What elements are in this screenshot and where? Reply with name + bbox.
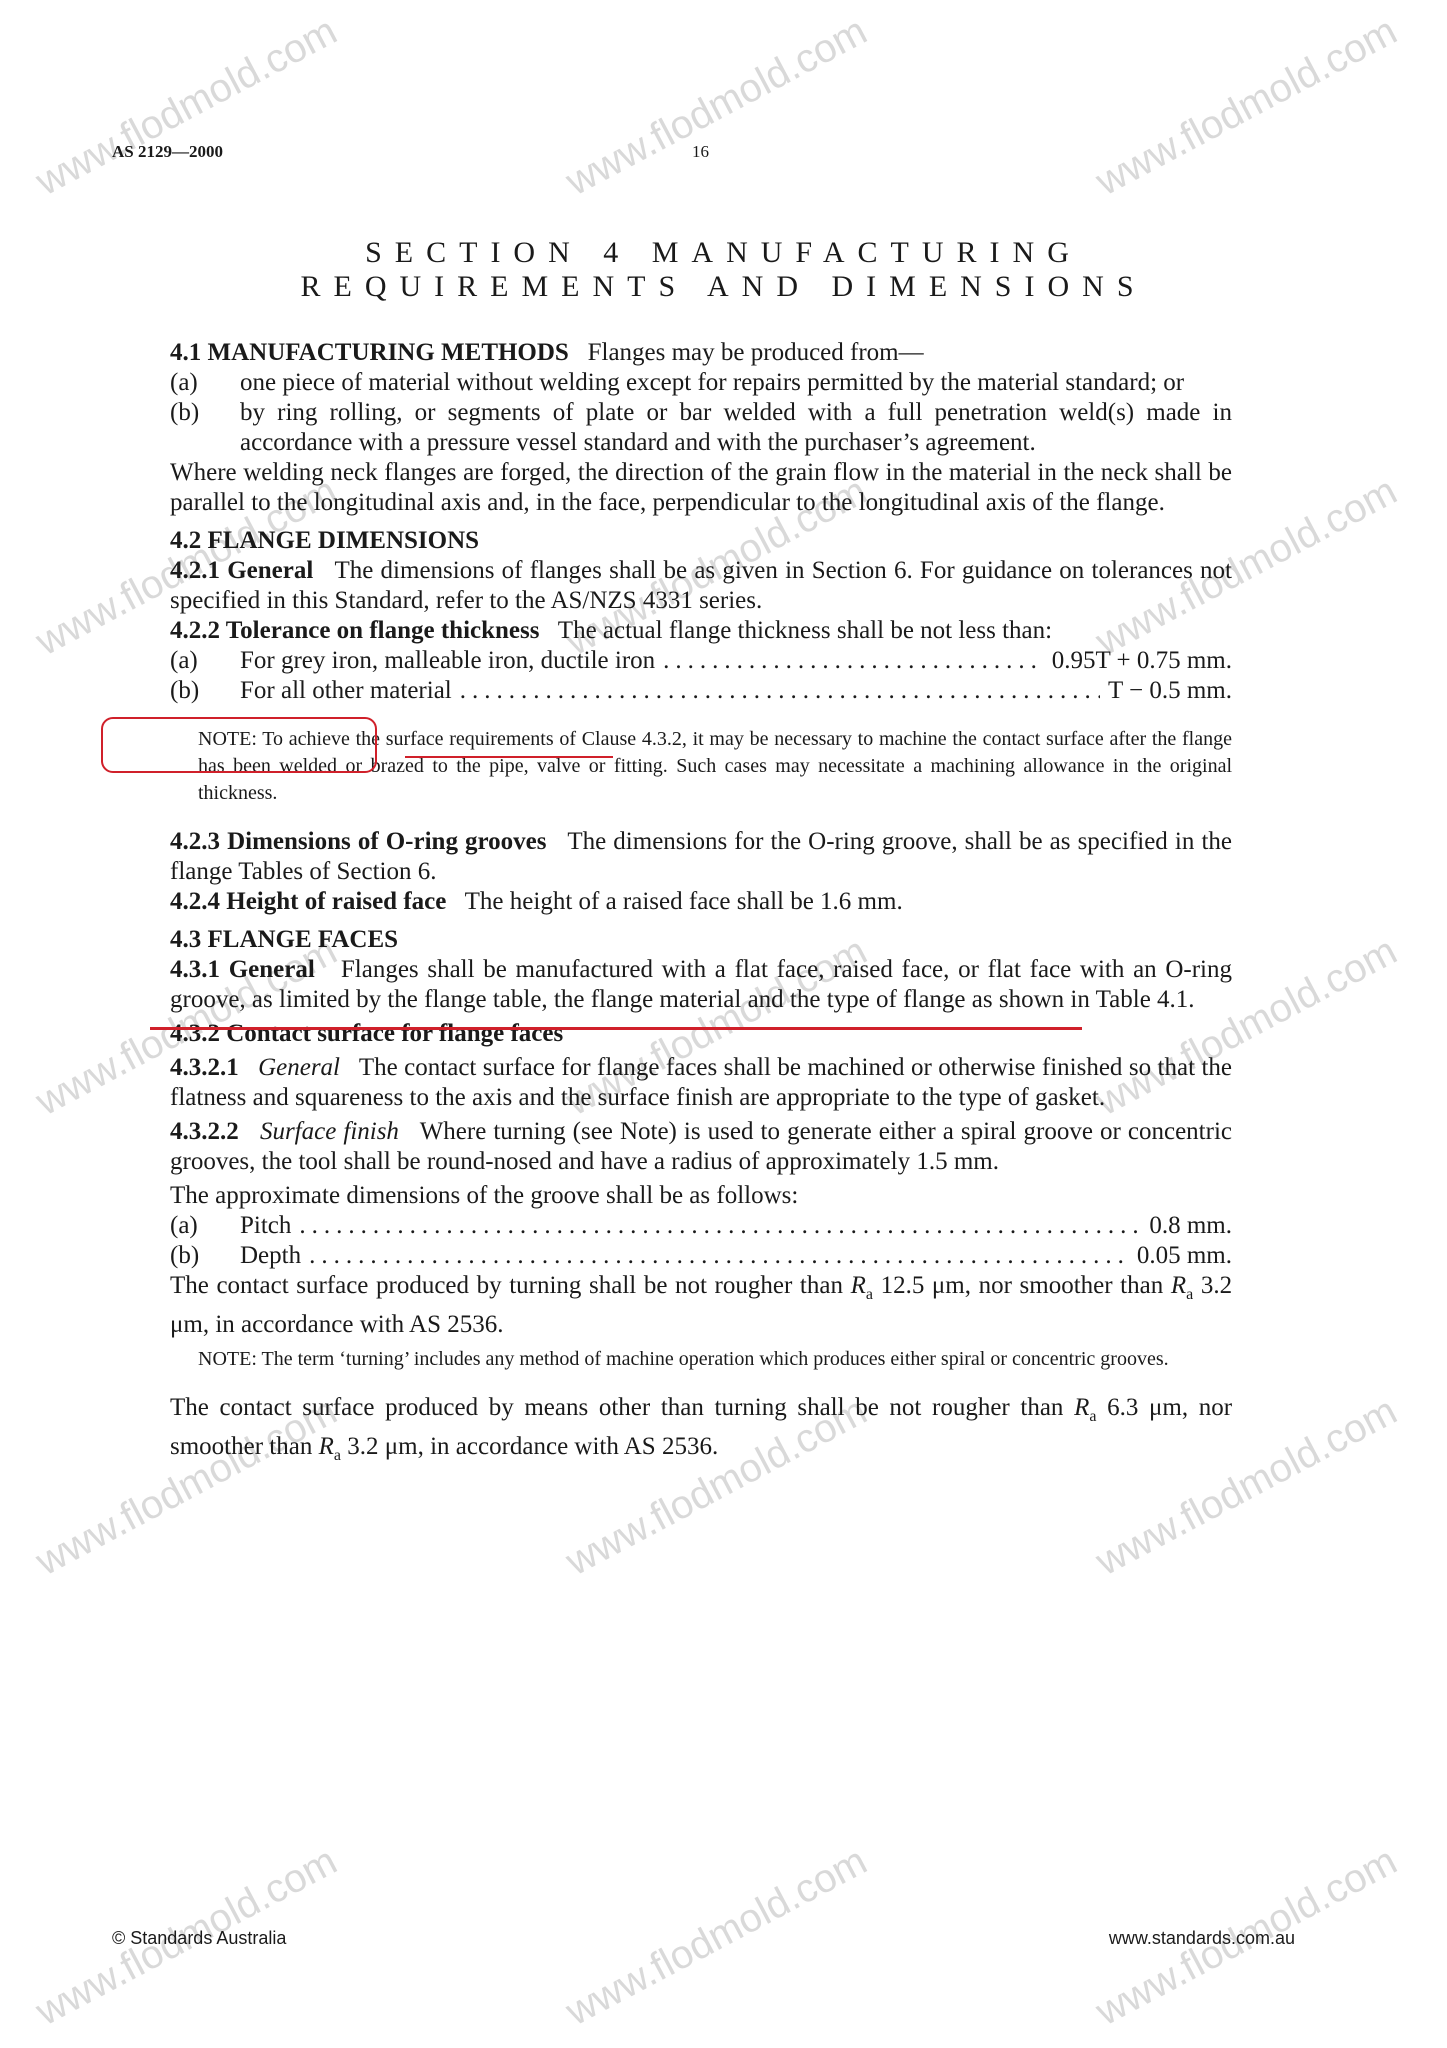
annotation-box-tolerance xyxy=(101,717,377,773)
section-title-line-2: REQUIREMENTS AND DIMENSIONS xyxy=(0,270,1447,304)
list-value: T − 0.5 mm. xyxy=(1108,676,1232,706)
list-item: one piece of material without welding ex… xyxy=(240,368,1232,398)
list-item: Pitch xyxy=(240,1211,291,1241)
clause-title: Surface finish xyxy=(260,1118,399,1145)
footer-copyright: © Standards Australia xyxy=(112,1928,286,1949)
list-item: by ring rolling, or segments of plate or… xyxy=(240,398,1232,458)
watermark: www.flodmold.com xyxy=(29,9,345,205)
clause-4-2-4-text: The height of a raised face shall be 1.6… xyxy=(465,888,903,915)
list-label: (b) xyxy=(170,398,240,458)
list-label: (b) xyxy=(170,1241,240,1271)
clause-4-3-1-heading: 4.3.1 General xyxy=(170,956,315,983)
list-label: (a) xyxy=(170,1211,240,1241)
list-label: (a) xyxy=(170,368,240,398)
footer-website[interactable]: www.standards.com.au xyxy=(1109,1928,1295,1949)
clause-4-2-1-heading: 4.2.1 General xyxy=(170,557,313,584)
annotation-underline-raised-face xyxy=(150,1027,1082,1030)
turning-paragraph: The contact surface produced by turning … xyxy=(170,1271,1232,1340)
clause-4-2-heading: 4.2 FLANGE DIMENSIONS xyxy=(170,526,1232,556)
section-title-line-1: SECTION 4 MANUFACTURING xyxy=(0,236,1447,270)
clause-4-1-paragraph: Where welding neck flanges are forged, t… xyxy=(170,458,1232,518)
list-label: (b) xyxy=(170,676,240,706)
clause-4-3-heading: 4.3 FLANGE FACES xyxy=(170,925,1232,955)
list-item: For all other material xyxy=(240,676,452,706)
clause-number: 4.3.2.1 xyxy=(170,1054,239,1081)
list-value: 0.8 mm. xyxy=(1149,1211,1232,1241)
list-item: For grey iron, malleable iron, ductile i… xyxy=(240,646,655,676)
clause-4-1-intro: Flanges may be produced from— xyxy=(588,339,924,366)
document-id: AS 2129—2000 xyxy=(112,142,223,162)
list-value: 0.05 mm. xyxy=(1137,1241,1232,1271)
annotation-underline-flange-thickness xyxy=(405,756,613,758)
other-means-paragraph: The contact surface produced by means ot… xyxy=(170,1393,1232,1471)
watermark: www.flodmold.com xyxy=(559,9,875,205)
clause-4-3-1-text: Flanges shall be manufactured with a fla… xyxy=(170,956,1232,1013)
clause-4-2-3-heading: 4.2.3 Dimensions of O-ring grooves xyxy=(170,828,547,855)
list-label: (a) xyxy=(170,646,240,676)
clause-title: General xyxy=(258,1054,340,1081)
page-number: 16 xyxy=(692,142,709,162)
section-4-body: 4.1 MANUFACTURING METHODS Flanges may be… xyxy=(170,338,1232,1471)
list-value: 0.95T + 0.75 mm. xyxy=(1052,646,1232,676)
clause-4-2-2-heading: 4.2.2 Tolerance on flange thickness xyxy=(170,617,539,644)
clause-4-2-1-text: The dimensions of flanges shall be as gi… xyxy=(170,557,1232,614)
groove-intro: The approximate dimensions of the groove… xyxy=(170,1181,1232,1211)
list-item: Depth xyxy=(240,1241,301,1271)
clause-4-1-heading: 4.1 MANUFACTURING METHODS xyxy=(170,339,569,366)
watermark: www.flodmold.com xyxy=(1089,9,1405,205)
clause-4-3-2-heading: 4.3.2 Contact surface for flange faces xyxy=(170,1019,1232,1049)
turning-note: NOTE: The term ‘turning’ includes any me… xyxy=(198,1346,1232,1373)
clause-4-2-2-text: The actual flange thickness shall be not… xyxy=(558,617,1052,644)
clause-number: 4.3.2.2 xyxy=(170,1118,239,1145)
watermark: www.flodmold.com xyxy=(559,1839,875,2035)
clause-4-2-4-heading: 4.2.4 Height of raised face xyxy=(170,888,446,915)
